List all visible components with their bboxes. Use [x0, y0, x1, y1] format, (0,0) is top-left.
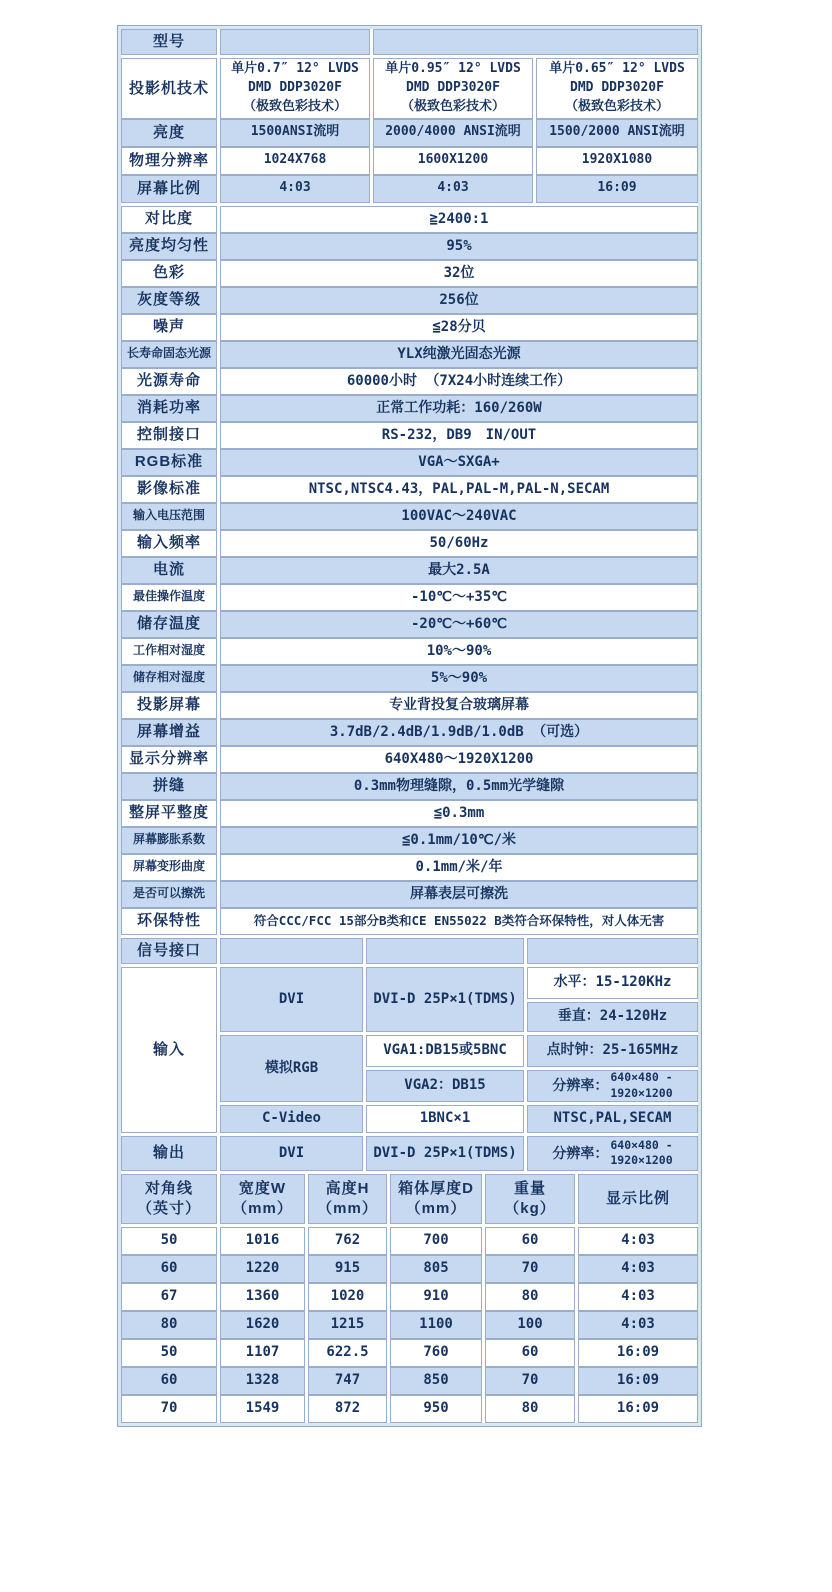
spec-value-col1: 1024X768 [220, 147, 370, 175]
header-diagonal: 对角线 （英寸） [121, 1174, 217, 1224]
spec-value: 0.3mm物理缝隙，0.5mm光学缝隙 [220, 773, 698, 800]
depth-value: 700 [390, 1227, 482, 1255]
output-dvi-spec: DVI-D 25P×1(TDMS) [366, 1136, 524, 1171]
aspect-value: 16:09 [578, 1367, 698, 1395]
depth-value: 1100 [390, 1311, 482, 1339]
width-value: 1016 [220, 1227, 305, 1255]
spec-value: 5%～90% [220, 665, 698, 692]
row-label: 投影机技术 [121, 58, 217, 119]
signal-header-row: 信号接口 [121, 938, 698, 964]
spec-row: RGB标准 VGA～SXGA+ [121, 449, 698, 476]
row-label: 输入频率 [121, 530, 217, 557]
spec-row: 灰度等级 256位 [121, 287, 698, 314]
spec-row: 影像标准 NTSC,NTSC4.43，PAL,PAL-M,PAL-N,SECAM [121, 476, 698, 503]
weight-value: 100 [485, 1311, 575, 1339]
input-vga2: VGA2：DB15 [366, 1070, 524, 1102]
input-dvi-name: DVI [220, 967, 363, 1032]
spec-value: -20℃～+60℃ [220, 611, 698, 638]
row-label: 亮度均匀性 [121, 233, 217, 260]
header-weight: 重量 （kg） [485, 1174, 575, 1224]
spec-value: 256位 [220, 287, 698, 314]
row-label: 屏幕变形曲度 [121, 854, 217, 881]
diagonal-value: 60 [121, 1255, 217, 1283]
input-dvi-spec: DVI-D 25P×1(TDMS) [366, 967, 524, 1032]
spec-value-col2: 单片0.95″ 12° LVDS DMD DDP3020F （极致色彩技术） [373, 58, 533, 119]
spec-value-col1: 1500ANSI流明 [220, 119, 370, 147]
width-value: 1360 [220, 1283, 305, 1311]
spec-row: 色彩 32位 [121, 260, 698, 287]
row-label: 环保特性 [121, 908, 217, 935]
weight-value: 60 [485, 1227, 575, 1255]
spec-row: 是否可以擦洗 屏幕表层可擦洗 [121, 881, 698, 908]
spec-value-col2: 4:03 [373, 175, 533, 203]
weight-value: 80 [485, 1395, 575, 1423]
spec-value: ≦0.3mm [220, 800, 698, 827]
spec-value: 640X480～1920X1200 [220, 746, 698, 773]
input-dot-clock: 点时钟：25-165MHz [527, 1035, 698, 1067]
signal-input-section: 输入 DVI DVI-D 25P×1(TDMS) 水平：15-120KHz 垂直… [121, 967, 698, 1133]
spec-value: 60000小时 （7X24小时连续工作） [220, 368, 698, 395]
spec-value: -10℃～+35℃ [220, 584, 698, 611]
row-label: 光源寿命 [121, 368, 217, 395]
row-label: 拼缝 [121, 773, 217, 800]
spec-row: 光源寿命 60000小时 （7X24小时连续工作） [121, 368, 698, 395]
row-label: 整屏平整度 [121, 800, 217, 827]
row-label: 灰度等级 [121, 287, 217, 314]
spec-row: 整屏平整度 ≦0.3mm [121, 800, 698, 827]
spec-row: 环保特性 符合CCC/FCC 15部分B类和CE EN55022 B类符合环保特… [121, 908, 698, 935]
dimensions-section: 50 1016 762 700 60 4:03 60 1220 915 805 … [121, 1227, 698, 1423]
empty-cell [373, 29, 698, 55]
aspect-value: 4:03 [578, 1311, 698, 1339]
row-label: 电流 [121, 557, 217, 584]
output-dvi-name: DVI [220, 1136, 363, 1171]
weight-value: 70 [485, 1367, 575, 1395]
spec-row: 对比度 ≧2400:1 [121, 206, 698, 233]
projector-spec-row: 亮度 1500ANSI流明 2000/4000 ANSI流明 1500/2000… [121, 119, 698, 147]
spec-value: 符合CCC/FCC 15部分B类和CE EN55022 B类符合环保特性，对人体… [220, 908, 698, 935]
spec-value: NTSC,NTSC4.43，PAL,PAL-M,PAL-N,SECAM [220, 476, 698, 503]
spec-value: 正常工作功耗：160/260W [220, 395, 698, 422]
row-label: 噪声 [121, 314, 217, 341]
dimension-row: 80 1620 1215 1100 100 4:03 [121, 1311, 698, 1339]
spec-row: 投影屏幕 专业背投复合玻璃屏幕 [121, 692, 698, 719]
input-vga1: VGA1:DB15或5BNC [366, 1035, 524, 1067]
spec-row: 屏幕膨胀系数 ≦0.1mm/10℃/米 [121, 827, 698, 854]
input-cvideo-name: C-Video [220, 1105, 363, 1133]
row-label: 屏幕比例 [121, 175, 217, 203]
diagonal-value: 50 [121, 1227, 217, 1255]
row-label: 物理分辨率 [121, 147, 217, 175]
input-cvideo-standards: NTSC,PAL,SECAM [527, 1105, 698, 1133]
row-label: 工作相对湿度 [121, 638, 217, 665]
empty-cell [527, 938, 698, 964]
aspect-value: 4:03 [578, 1227, 698, 1255]
header-width: 宽度W （mm） [220, 1174, 305, 1224]
row-label: 色彩 [121, 260, 217, 287]
spec-value-col3: 单片0.65″ 12° LVDS DMD DDP3020F （极致色彩技术） [536, 58, 698, 119]
input-horizontal-freq: 水平：15-120KHz [527, 967, 698, 999]
header-depth: 箱体厚度D （mm） [390, 1174, 482, 1224]
spec-value: 3.7dB/2.4dB/1.9dB/1.0dB （可选） [220, 719, 698, 746]
row-label: 影像标准 [121, 476, 217, 503]
row-label: 输入电压范围 [121, 503, 217, 530]
diagonal-value: 50 [121, 1339, 217, 1367]
depth-value: 910 [390, 1283, 482, 1311]
spec-row: 储存温度 -20℃～+60℃ [121, 611, 698, 638]
width-value: 1328 [220, 1367, 305, 1395]
aspect-value: 4:03 [578, 1283, 698, 1311]
spec-value: YLX纯激光固态光源 [220, 341, 698, 368]
row-label: 屏幕膨胀系数 [121, 827, 217, 854]
depth-value: 760 [390, 1339, 482, 1367]
height-value: 872 [308, 1395, 387, 1423]
row-label: 型号 [121, 29, 217, 55]
spec-value: 最大2.5A [220, 557, 698, 584]
width-value: 1620 [220, 1311, 305, 1339]
row-label: 投影屏幕 [121, 692, 217, 719]
spec-table-body: 型号 投影机技术 单片0.7″ 12° LVDS DMD DDP3020F （极… [121, 29, 698, 1423]
weight-value: 60 [485, 1339, 575, 1367]
spec-value: 屏幕表层可擦洗 [220, 881, 698, 908]
projector-spec-row: 屏幕比例 4:03 4:03 16:09 [121, 175, 698, 203]
row-label: RGB标准 [121, 449, 217, 476]
spec-value: 32位 [220, 260, 698, 287]
height-value: 747 [308, 1367, 387, 1395]
depth-value: 950 [390, 1395, 482, 1423]
spec-value: 0.1mm/米/年 [220, 854, 698, 881]
signal-output-row: 输出 DVI DVI-D 25P×1(TDMS) 分辨率： 640×480 - … [121, 1136, 698, 1171]
resolution-label: 分辨率： [552, 1076, 608, 1094]
dimensions-header-row: 对角线 （英寸） 宽度W （mm） 高度H （mm） 箱体厚度D （mm） 重量… [121, 1174, 698, 1224]
row-label: 控制接口 [121, 422, 217, 449]
spec-value: VGA～SXGA+ [220, 449, 698, 476]
dimension-row: 50 1107 622.5 760 60 16:09 [121, 1339, 698, 1367]
depth-value: 805 [390, 1255, 482, 1283]
projector-section: 投影机技术 单片0.7″ 12° LVDS DMD DDP3020F （极致色彩… [121, 58, 698, 203]
row-label: 显示分辨率 [121, 746, 217, 773]
row-label: 储存相对湿度 [121, 665, 217, 692]
model-row: 型号 [121, 29, 698, 55]
spec-row: 消耗功率 正常工作功耗：160/260W [121, 395, 698, 422]
spec-value-col1: 单片0.7″ 12° LVDS DMD DDP3020F （极致色彩技术） [220, 58, 370, 119]
row-label: 信号接口 [121, 938, 217, 964]
height-value: 762 [308, 1227, 387, 1255]
projector-spec-row: 物理分辨率 1024X768 1600X1200 1920X1080 [121, 147, 698, 175]
spec-value: 50/60Hz [220, 530, 698, 557]
empty-cell [366, 938, 524, 964]
diagonal-value: 67 [121, 1283, 217, 1311]
spec-row: 工作相对湿度 10%～90% [121, 638, 698, 665]
resolution-label: 分辨率： [552, 1144, 608, 1162]
spec-row: 屏幕增益 3.7dB/2.4dB/1.9dB/1.0dB （可选） [121, 719, 698, 746]
spec-row: 控制接口 RS-232，DB9 IN/OUT [121, 422, 698, 449]
weight-value: 80 [485, 1283, 575, 1311]
row-label: 屏幕增益 [121, 719, 217, 746]
depth-value: 850 [390, 1367, 482, 1395]
spec-value: 95% [220, 233, 698, 260]
row-label: 是否可以擦洗 [121, 881, 217, 908]
dimension-row: 70 1549 872 950 80 16:09 [121, 1395, 698, 1423]
diagonal-value: 60 [121, 1367, 217, 1395]
spec-row: 噪声 ≦28分贝 [121, 314, 698, 341]
spec-value: ≦28分贝 [220, 314, 698, 341]
dimension-row: 60 1328 747 850 70 16:09 [121, 1367, 698, 1395]
dimension-row: 50 1016 762 700 60 4:03 [121, 1227, 698, 1255]
spec-row: 拼缝 0.3mm物理缝隙，0.5mm光学缝隙 [121, 773, 698, 800]
dimension-row: 60 1220 915 805 70 4:03 [121, 1255, 698, 1283]
diagonal-value: 80 [121, 1311, 217, 1339]
spec-value: 10%～90% [220, 638, 698, 665]
spec-value-col3: 16:09 [536, 175, 698, 203]
empty-cell [220, 29, 370, 55]
spec-value-col3: 1920X1080 [536, 147, 698, 175]
header-height: 高度H （mm） [308, 1174, 387, 1224]
aspect-value: 16:09 [578, 1395, 698, 1423]
row-label: 储存温度 [121, 611, 217, 638]
input-cvideo-spec: 1BNC×1 [366, 1105, 524, 1133]
general-spec-section: 对比度 ≧2400:1 亮度均匀性 95% 色彩 32位 灰度等级 256位 噪… [121, 206, 698, 935]
spec-row: 最佳操作温度 -10℃～+35℃ [121, 584, 698, 611]
row-label: 最佳操作温度 [121, 584, 217, 611]
empty-cell [220, 938, 363, 964]
dimension-row: 67 1360 1020 910 80 4:03 [121, 1283, 698, 1311]
spec-row: 电流 最大2.5A [121, 557, 698, 584]
height-value: 915 [308, 1255, 387, 1283]
row-label: 对比度 [121, 206, 217, 233]
spec-row: 亮度均匀性 95% [121, 233, 698, 260]
spec-sheet-page: { "colors":{ "cell_blue":"#c6d9f0", "cel… [0, 0, 832, 1592]
spec-value: 专业背投复合玻璃屏幕 [220, 692, 698, 719]
height-value: 1215 [308, 1311, 387, 1339]
aspect-value: 4:03 [578, 1255, 698, 1283]
row-label: 消耗功率 [121, 395, 217, 422]
spec-row: 屏幕变形曲度 0.1mm/米/年 [121, 854, 698, 881]
output-resolution: 分辨率： 640×480 - 1920×1200 [527, 1136, 698, 1171]
spec-row: 储存相对湿度 5%～90% [121, 665, 698, 692]
spec-value: ≦0.1mm/10℃/米 [220, 827, 698, 854]
spec-value-col1: 4:03 [220, 175, 370, 203]
width-value: 1549 [220, 1395, 305, 1423]
spec-value: RS-232，DB9 IN/OUT [220, 422, 698, 449]
spec-value: 100VAC～240VAC [220, 503, 698, 530]
height-value: 622.5 [308, 1339, 387, 1367]
resolution-value: 640×480 - 1920×1200 [610, 1070, 672, 1101]
width-value: 1220 [220, 1255, 305, 1283]
spec-row: 输入频率 50/60Hz [121, 530, 698, 557]
spec-value: ≧2400:1 [220, 206, 698, 233]
spec-value-col2: 2000/4000 ANSI流明 [373, 119, 533, 147]
input-label: 输入 [121, 967, 217, 1133]
input-rgb-name: 模拟RGB [220, 1035, 363, 1102]
projector-spec-row: 投影机技术 单片0.7″ 12° LVDS DMD DDP3020F （极致色彩… [121, 58, 698, 119]
resolution-value: 640×480 - 1920×1200 [610, 1138, 672, 1169]
input-resolution: 分辨率： 640×480 - 1920×1200 [527, 1070, 698, 1102]
height-value: 1020 [308, 1283, 387, 1311]
row-label: 亮度 [121, 119, 217, 147]
input-vertical-freq: 垂直：24-120Hz [527, 1002, 698, 1032]
output-label: 输出 [121, 1136, 217, 1171]
row-label: 长寿命固态光源 [121, 341, 217, 368]
spec-value-col2: 1600X1200 [373, 147, 533, 175]
aspect-value: 16:09 [578, 1339, 698, 1367]
spec-row: 长寿命固态光源 YLX纯激光固态光源 [121, 341, 698, 368]
diagonal-value: 70 [121, 1395, 217, 1423]
weight-value: 70 [485, 1255, 575, 1283]
spec-row: 显示分辨率 640X480～1920X1200 [121, 746, 698, 773]
header-aspect: 显示比例 [578, 1174, 698, 1224]
spec-row: 输入电压范围 100VAC～240VAC [121, 503, 698, 530]
spec-value-col3: 1500/2000 ANSI流明 [536, 119, 698, 147]
width-value: 1107 [220, 1339, 305, 1367]
spec-table: 型号 投影机技术 单片0.7″ 12° LVDS DMD DDP3020F （极… [117, 25, 702, 1427]
